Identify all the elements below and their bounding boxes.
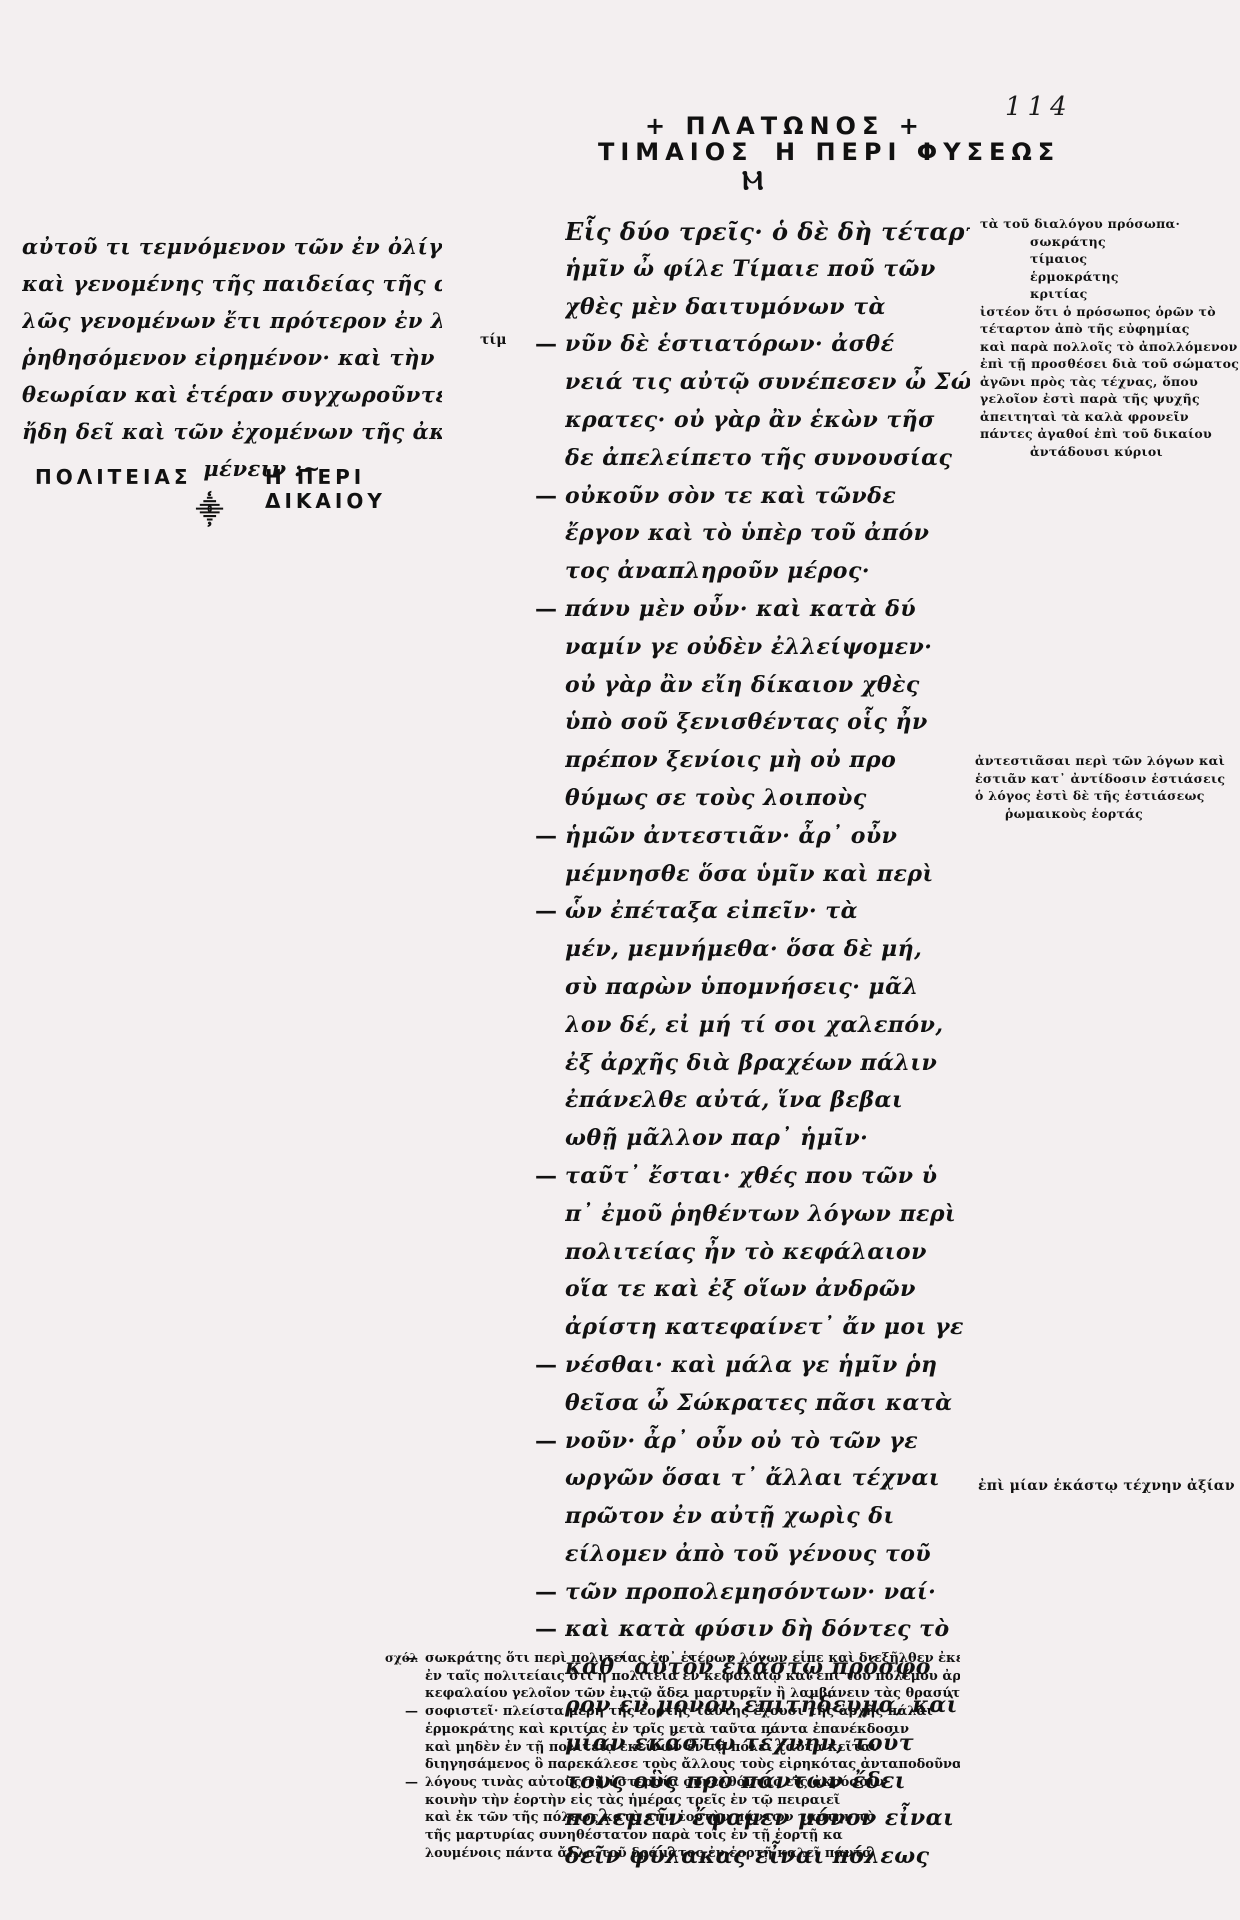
page-number: 114 [1005,92,1073,122]
work-title: ΤΙΜΑΙΟΣ [598,138,753,166]
text-line: —οὐκοῦν σὸν τε καὶ τῶνδε [565,478,970,516]
text-line: ῥηθησόμενον εἰρημένον· καὶ τὴν [22,339,442,376]
line-text: θεῖσα ὦ Σώκρατες πᾶσι κατὰ [565,1385,970,1423]
colophon-ornament-icon: ⸎ [196,498,223,524]
previous-text-ending: αὐτοῦ τι τεμνόμενον τῶν ἐν ὀλίγῳ θεάσεως… [22,228,442,487]
note-line: πάντες ἀγαθοί ἐπὶ τοῦ δικαίου [980,425,1235,443]
person-name: κριτίας [980,285,1235,303]
text-line: νειά τις αὐτῷ συνέπεσεν ὦ Σώ [565,364,970,402]
persons-title: τὰ τοῦ διαλόγου πρόσωπα· [980,215,1235,233]
text-line: ωθῇ μᾶλλον παρ᾽ ἡμῖν· [565,1120,970,1158]
line-text: π᾽ ἐμοῦ ῥηθέντων λόγων περὶ [565,1196,970,1234]
line-text: νέσθαι· καὶ μάλα γε ἡμῖν ῥη [565,1347,970,1385]
note-line: ἰστέον ὅτι ὁ πρόσωπος ὁρῶν τὸ [980,303,1235,321]
line-text: είλομεν ἀπὸ τοῦ γένους τοῦ [565,1536,970,1574]
scholia-dash: — [405,1703,418,1721]
text-line: μέν, μεμνήμεθα· ὅσα δὲ μή, [565,931,970,969]
text-line: τος ἀναπληροῦν μέρος· [565,553,970,591]
text-line: χθὲς μὲν δαιτυμόνων τὰ [565,289,970,327]
text-line: —πάνυ μὲν οὖν· καὶ κατὰ δύ [565,591,970,629]
scholia-text: τῆς μαρτυρίας συνηθέστατον παρὰ τοῖς ἐν … [425,1828,843,1843]
line-text: ωθῇ μᾶλλον παρ᾽ ἡμῖν· [565,1120,970,1158]
scholia-text: σοφιστεῖ· πλείστα μέρη τῆς ἑορτῆς ταύτης… [425,1704,933,1719]
scholia-line: κοινὴν τὴν ἑορτὴν εἰς τὰς ἡμέρας τρεῖς ἐ… [385,1792,960,1810]
text-line: ἔργον καὶ τὸ ὑπὲρ τοῦ ἀπόν [565,515,970,553]
line-text: πολιτείας ἦν τὸ κεφάλαιον [565,1234,970,1272]
line-text: θύμως σε τοὺς λοιποὺς [565,780,970,818]
scholia-line: —σοφιστεῖ· πλείστα μέρη τῆς ἑορτῆς ταύτη… [385,1703,960,1721]
text-line: πολιτείας ἦν τὸ κεφάλαιον [565,1234,970,1272]
text-line: τίμ—νῦν δὲ ἑστιατόρων· ἀσθέ [565,326,970,364]
speaker-change-dash: — [535,1611,557,1649]
line-text: πρῶτον ἐν αὐτῇ χωρὶς δι [565,1498,970,1536]
work-subtitle: Η ΠΕΡΙ ΦΥΣΕΩΣ [775,138,1060,166]
line-text: ἔργον καὶ τὸ ὑπὲρ τοῦ ἀπόν [565,515,970,553]
line-text: μέμνησθε ὅσα ὑμῖν καὶ περὶ [565,856,970,894]
person-name: τίμαιος [980,250,1235,268]
line-text: ναμίν γε οὐδὲν ἐλλείψομεν· [565,629,970,667]
scholia-line: καὶ ἐκ τῶν τῆς πόλεως κατὰ τὴν ἑορτὴν πά… [385,1809,960,1827]
text-line: λῶς γενομένων ἔτι πρότερον ἐν λόγῳ τὸ [22,302,442,339]
line-text: ἐπάνελθε αὐτά, ἵνα βεβαι [565,1082,970,1120]
scholia-line: λουμένοις πάντα ἄλλα τοῦ δράματος ἐν ἑορ… [385,1845,960,1863]
scholia-line: τῆς μαρτυρίας συνηθέστατον παρὰ τοῖς ἐν … [385,1827,960,1845]
note-line: γελοῖον ἐστὶ παρὰ τῆς ψυχῆς [980,390,1235,408]
text-line: ναμίν γε οὐδὲν ἐλλείψομεν· [565,629,970,667]
line-text: ἀρίστη κατεφαίνετ᾽ ἄν μοι γε [565,1309,970,1347]
line-text: νῦν δὲ ἑστιατόρων· ἀσθέ [565,326,970,364]
speaker-change-dash: — [535,1158,557,1196]
text-line: ὑπὸ σοῦ ξενισθέντας οἷς ἦν [565,704,970,742]
line-text: χθὲς μὲν δαιτυμόνων τὰ [565,289,970,327]
line-text: σὺ παρὼν ὑπομνήσεις· μᾶλ [565,969,970,1007]
line-text: τος ἀναπληροῦν μέρος· [565,553,970,591]
person-name: ἑρμοκράτης [980,268,1235,286]
text-line: ἐπάνελθε αὐτά, ἵνα βεβαι [565,1082,970,1120]
marginal-note-dramatis-personae: τὰ τοῦ διαλόγου πρόσωπα· σωκράτης τίμαιο… [980,215,1235,460]
note-line: ὁ λόγος ἐστὶ δὲ τῆς ἑστιάσεως [975,787,1230,805]
colophon-right: Η ΠΕΡΙ ΔΙΚΑΙΟΥ [265,465,455,513]
scholia-dash: — [405,1774,418,1792]
line-text: λον δέ, εἰ μή τί σοι χαλεπόν, [565,1007,970,1045]
scholia-text: καὶ μηδὲν ἐν τῇ πολιτείᾳ ἐκείνων ἐν τῇ π… [425,1740,877,1755]
note-line: ἐπὶ τῇ προσθέσει διὰ τοῦ σώματος [980,355,1235,373]
text-line: —καὶ κατὰ φύσιν δὴ δόντες τὸ [565,1611,970,1649]
note-line: ἑστιᾶν κατ᾽ ἀντίδοσιν ἑστιάσεις [975,770,1230,788]
author-title: + ΠΛΑΤΩΝΟΣ + [645,112,925,140]
scholia-text: κοινὴν τὴν ἑορτὴν εἰς τὰς ἡμέρας τρεῖς ἐ… [425,1793,840,1808]
text-line: ἐξ ἀρχῆς διὰ βραχέων πάλιν [565,1045,970,1083]
note-line: ἀντάδουσι κύριοι [980,443,1235,461]
line-text: νοῦν· ἆρ᾽ οὖν οὐ τὸ τῶν γε [565,1423,970,1461]
scholia-text: καὶ ἐκ τῶν τῆς πόλεως κατὰ τὴν ἑορτὴν πά… [425,1810,875,1825]
line-text: ταῦτ᾽ ἔσται· χθές που τῶν ὑ [565,1158,970,1196]
line-text: οὐ γὰρ ἂν εἴη δίκαιον χθὲς [565,667,970,705]
scholia-line: διηγησάμενος ὃ παρεκάλεσε τοὺς ἄλλους το… [385,1756,960,1774]
text-line: —τῶν προπολεμησόντων· ναί· [565,1574,970,1612]
scholia-text: λουμένοις πάντα ἄλλα τοῦ δράματος ἐν ἑορ… [425,1846,872,1861]
scholia-text: κεφαλαίου γελοῖον τῶν ἐν τῷ ἄδει μαρτυρε… [425,1686,960,1701]
note-line: ἀπειτηταὶ τὰ καλὰ φρονεῖν [980,408,1235,426]
line-text: Εἷς δύο τρεῖς· ὁ δὲ δὴ τέταρτος [565,213,970,251]
text-line: —ἡμῶν ἀντεστιᾶν· ἆρ᾽ οὖν [565,818,970,856]
line-text: πρέπον ξενίοις μὴ οὐ προ [565,742,970,780]
text-line: μέμνησθε ὅσα ὑμῖν καὶ περὶ [565,856,970,894]
text-line: αὐτοῦ τι τεμνόμενον τῶν ἐν ὀλίγῳ θεάσεως… [22,228,442,265]
speaker-change-dash: — [535,478,557,516]
note-line: τέταρτον ἀπὸ τῆς εὐφημίας [980,320,1235,338]
person-name: σωκράτης [980,233,1235,251]
text-line: θύμως σε τοὺς λοιποὺς [565,780,970,818]
colophon: ΠΟΛΙΤΕΙΑΣ Η ΠΕΡΙ ΔΙΚΑΙΟΥ [35,465,455,489]
line-text: ὧν ἐπέταξα εἰπεῖν· τὰ [565,893,970,931]
header-ornament-icon: Ⲙ [742,168,763,194]
scholia-text: σωκράτης ὅτι περὶ πολιτείας ἐφ᾽ ἑτέρων λ… [425,1651,960,1666]
text-line: κρατες· οὐ γὰρ ἂν ἑκὼν τῆσ [565,402,970,440]
colophon-left: ΠΟΛΙΤΕΙΑΣ [35,465,192,489]
speaker-sigil: τίμ [480,332,506,348]
speaker-change-dash: — [535,893,557,931]
line-text: ἐξ ἀρχῆς διὰ βραχέων πάλιν [565,1045,970,1083]
scholia-block: σχόλ—σωκράτης ὅτι περὶ πολιτείας ἐφ᾽ ἑτέ… [385,1650,960,1862]
text-line: —ταῦτ᾽ ἔσται· χθές που τῶν ὑ [565,1158,970,1196]
text-line: ἡμῖν ὦ φίλε Τίμαιε ποῦ τῶν [565,251,970,289]
text-line: ωργῶν ὅσαι τ᾽ ἄλλαι τέχναι [565,1460,970,1498]
line-text: μέν, μεμνήμεθα· ὅσα δὲ μή, [565,931,970,969]
line-text: ὑπὸ σοῦ ξενισθέντας οἷς ἦν [565,704,970,742]
text-line: πρέπον ξενίοις μὴ οὐ προ [565,742,970,780]
line-text: ἡμῖν ὦ φίλε Τίμαιε ποῦ τῶν [565,251,970,289]
speaker-change-dash: — [535,1574,557,1612]
line-text: οἵα τε καὶ ἐξ οἵων ἀνδρῶν [565,1271,970,1309]
line-text: πάνυ μὲν οὖν· καὶ κατὰ δύ [565,591,970,629]
scholia-text: λόγους τινὰς αὐτοὺς τῇ ὑστεραίᾳ συνελθόν… [425,1775,884,1790]
line-text: δε ἀπελείπετο τῆς συνουσίας [565,440,970,478]
line-text: νειά τις αὐτῷ συνέπεσεν ὦ Σώ [565,364,970,402]
scholia-dash: — [405,1650,418,1668]
line-text: ωργῶν ὅσαι τ᾽ ἄλλαι τέχναι [565,1460,970,1498]
text-line: δε ἀπελείπετο τῆς συνουσίας [565,440,970,478]
scholia-line: σχόλ—σωκράτης ὅτι περὶ πολιτείας ἐφ᾽ ἑτέ… [385,1650,960,1668]
scholia-text: ἑρμοκράτης καὶ κριτίας ἐν τοῖς μετὰ ταῦτ… [425,1722,909,1737]
line-text: κρατες· οὐ γὰρ ἂν ἑκὼν τῆσ [565,402,970,440]
text-line: καὶ γενομένης τῆς παιδείας τῆς αὐτῆς κα· [22,265,442,302]
text-line: θεῖσα ὦ Σώκρατες πᾶσι κατὰ [565,1385,970,1423]
text-line: είλομεν ἀπὸ τοῦ γένους τοῦ [565,1536,970,1574]
speaker-change-dash: — [535,1423,557,1461]
note-line: ἀγῶνι πρὸς τὰς τέχνας, ὅπου [980,373,1235,391]
speaker-change-dash: — [535,591,557,629]
main-text-column: Εἷς δύο τρεῖς· ὁ δὲ δὴ τέταρτοςἡμῖν ὦ φί… [565,213,970,1876]
text-line: Εἷς δύο τρεῖς· ὁ δὲ δὴ τέταρτος [565,213,970,251]
text-line: λον δέ, εἰ μή τί σοι χαλεπόν, [565,1007,970,1045]
scholia-line: ἐν ταῖς πολιτείαις ὅτι ἡ πολιτεία ἐν κεφ… [385,1668,960,1686]
scholia-line: —λόγους τινὰς αὐτοὺς τῇ ὑστεραίᾳ συνελθό… [385,1774,960,1792]
note-line: καὶ παρὰ πολλοῖς τὸ ἀπολλόμενον [980,338,1235,356]
speaker-change-dash: — [535,818,557,856]
text-line: —νοῦν· ἆρ᾽ οὖν οὐ τὸ τῶν γε [565,1423,970,1461]
scholia-line: κεφαλαίου γελοῖον τῶν ἐν τῷ ἄδει μαρτυρε… [385,1685,960,1703]
scholia-text: διηγησάμενος ὃ παρεκάλεσε τοὺς ἄλλους το… [425,1757,960,1772]
scholia-line: καὶ μηδὲν ἐν τῇ πολιτείᾳ ἐκείνων ἐν τῇ π… [385,1739,960,1757]
text-line: θεωρίαν καὶ ἑτέραν συγχωροῦντες ἐφορᾶν [22,376,442,413]
speaker-change-dash: — [535,1347,557,1385]
text-line: οἵα τε καὶ ἐξ οἵων ἀνδρῶν [565,1271,970,1309]
text-line: ἤδη δεῖ καὶ τῶν ἐχομένων τῆς ἀκριβείας [22,413,442,450]
text-line: πρῶτον ἐν αὐτῇ χωρὶς δι [565,1498,970,1536]
note-line: ἀντεστιᾶσαι περὶ τῶν λόγων καὶ [975,752,1230,770]
text-line: σὺ παρὼν ὑπομνήσεις· μᾶλ [565,969,970,1007]
text-line: ἀρίστη κατεφαίνετ᾽ ἄν μοι γε [565,1309,970,1347]
text-line: —ὧν ἐπέταξα εἰπεῖν· τὰ [565,893,970,931]
scholia-text: ἐν ταῖς πολιτείαις ὅτι ἡ πολιτεία ἐν κεφ… [425,1669,960,1684]
text-line: π᾽ ἐμοῦ ῥηθέντων λόγων περὶ [565,1196,970,1234]
scholia-line: ἑρμοκράτης καὶ κριτίας ἐν τοῖς μετὰ ταῦτ… [385,1721,960,1739]
line-text: ἡμῶν ἀντεστιᾶν· ἆρ᾽ οὖν [565,818,970,856]
speaker-change-dash: — [535,326,557,364]
line-text: καὶ κατὰ φύσιν δὴ δόντες τὸ [565,1611,970,1649]
text-line: —νέσθαι· καὶ μάλα γε ἡμῖν ῥη [565,1347,970,1385]
line-text: οὐκοῦν σὸν τε καὶ τῶνδε [565,478,970,516]
note-line: ῥωμαικοὺς ἑορτάς [975,805,1230,823]
text-line: οὐ γὰρ ἂν εἴη δίκαιον χθὲς [565,667,970,705]
marginal-note-feast: ἀντεστιᾶσαι περὶ τῶν λόγων καὶ ἑστιᾶν κα… [975,752,1230,822]
marginal-note-craft: ἐπὶ μίαν ἑκάστῳ τέχνην ἀξίαν [978,1478,1218,1496]
line-text: τῶν προπολεμησόντων· ναί· [565,1574,970,1612]
